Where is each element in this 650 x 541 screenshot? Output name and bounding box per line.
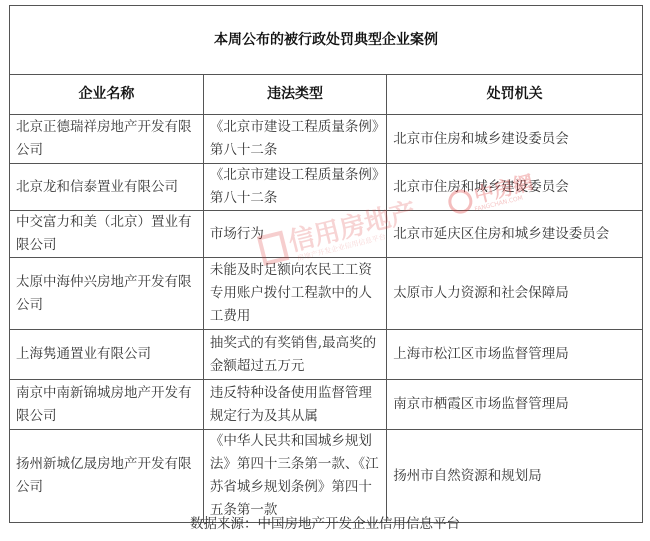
authority-cell: 北京市住房和城乡建设委员会	[387, 115, 643, 164]
company-cell: 北京龙和信泰置业有限公司	[10, 164, 204, 211]
violation-cell: 《北京市建设工程质量条例》第八十二条	[203, 164, 386, 211]
violation-cell: 未能及时足额向农民工工资专用账户拨付工程款中的人工费用	[203, 258, 386, 330]
authority-cell: 太原市人力资源和社会保障局	[387, 258, 643, 330]
header-violation: 违法类型	[203, 75, 386, 115]
data-source-caption: 数据来源：中国房地产开发企业信用信息平台	[0, 512, 650, 532]
header-authority: 处罚机关	[387, 75, 643, 115]
violation-cell: 抽奖式的有奖销售,最高奖的金额超过五万元	[203, 330, 386, 380]
authority-cell: 北京市住房和城乡建设委员会	[387, 164, 643, 211]
table-header-row: 企业名称 违法类型 处罚机关	[10, 75, 643, 115]
company-cell: 南京中南新锦城房地产开发有限公司	[10, 380, 204, 430]
header-company: 企业名称	[10, 75, 204, 115]
company-cell: 上海隽通置业有限公司	[10, 330, 204, 380]
table-row: 中交富力和美（北京）置业有限公司 市场行为 北京市延庆区住房和城乡建设委员会	[10, 211, 643, 258]
table-title: 本周公布的被行政处罚典型企业案例	[10, 6, 643, 75]
authority-cell: 上海市松江区市场监督管理局	[387, 330, 643, 380]
table-row: 太原中海仲兴房地产开发有限公司 未能及时足额向农民工工资专用账户拨付工程款中的人…	[10, 258, 643, 330]
table-title-row: 本周公布的被行政处罚典型企业案例	[10, 6, 643, 75]
company-cell: 北京正德瑞祥房地产开发有限公司	[10, 115, 204, 164]
table-row: 扬州新城亿晟房地产开发有限公司 《中华人民共和国城乡规划法》第四十三条第一款、《…	[10, 430, 643, 523]
violation-cell: 违反特种设备使用监督管理规定行为及其从属	[203, 380, 386, 430]
company-cell: 太原中海仲兴房地产开发有限公司	[10, 258, 204, 330]
violation-cell: 市场行为	[203, 211, 386, 258]
authority-cell: 南京市栖霞区市场监督管理局	[387, 380, 643, 430]
penalty-cases-table: 本周公布的被行政处罚典型企业案例 企业名称 违法类型 处罚机关 北京正德瑞祥房地…	[9, 5, 643, 523]
authority-cell: 北京市延庆区住房和城乡建设委员会	[387, 211, 643, 258]
table-row: 北京正德瑞祥房地产开发有限公司 《北京市建设工程质量条例》第八十二条 北京市住房…	[10, 115, 643, 164]
authority-cell: 扬州市自然资源和规划局	[387, 430, 643, 523]
table-row: 北京龙和信泰置业有限公司 《北京市建设工程质量条例》第八十二条 北京市住房和城乡…	[10, 164, 643, 211]
company-cell: 扬州新城亿晟房地产开发有限公司	[10, 430, 204, 523]
company-cell: 中交富力和美（北京）置业有限公司	[10, 211, 204, 258]
table-row: 上海隽通置业有限公司 抽奖式的有奖销售,最高奖的金额超过五万元 上海市松江区市场…	[10, 330, 643, 380]
table-row: 南京中南新锦城房地产开发有限公司 违反特种设备使用监督管理规定行为及其从属 南京…	[10, 380, 643, 430]
violation-cell: 《北京市建设工程质量条例》第八十二条	[203, 115, 386, 164]
violation-cell: 《中华人民共和国城乡规划法》第四十三条第一款、《江苏省城乡规划条例》第四十五条第…	[203, 430, 386, 523]
